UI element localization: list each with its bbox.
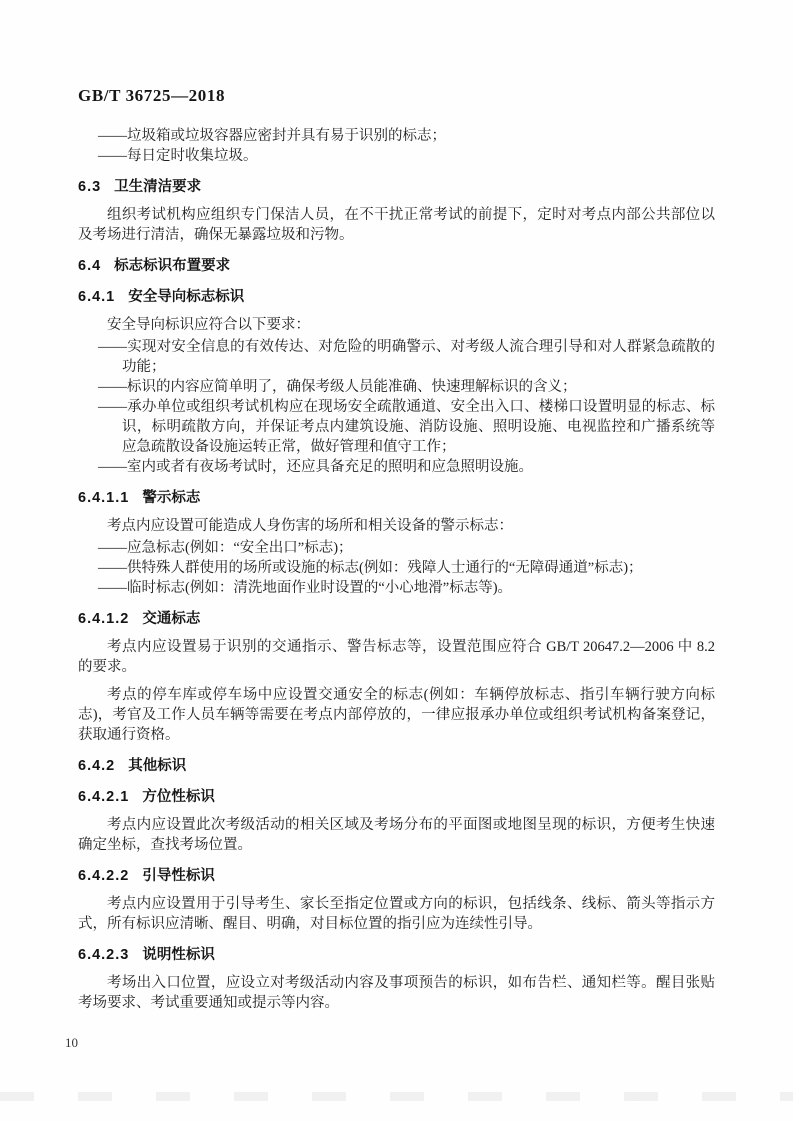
- section-title: 警示标志: [142, 490, 200, 506]
- section-heading-6-4-2-1: 6.4.2.1方位性标识: [78, 787, 715, 807]
- document-page: GB/T 36725—2018 ——垃圾箱或垃圾容器应密封并具有易于识别的标志；…: [0, 0, 793, 1122]
- section-number: 6.3: [78, 179, 101, 195]
- list-item: ——应急标志(例如：“安全出口”标志)；: [78, 538, 715, 558]
- section-heading-6-4-1-1: 6.4.1.1警示标志: [78, 488, 715, 508]
- section-heading-6-4-2-2: 6.4.2.2引导性标识: [78, 866, 715, 886]
- section-title: 引导性标识: [142, 868, 215, 884]
- section-number: 6.4.2: [78, 758, 115, 774]
- section-title: 交通标志: [142, 611, 200, 627]
- section-number: 6.4.1: [78, 289, 115, 305]
- section-number: 6.4: [78, 258, 101, 274]
- section-heading-6-4-1: 6.4.1安全导向标志标识: [78, 287, 715, 307]
- section-title: 说明性标识: [142, 947, 215, 963]
- paragraph: 组织考试机构应组织专门保洁人员，在不干扰正常考试的前提下，定时对考点内部公共部位…: [78, 205, 715, 245]
- list-item: ——临时标志(例如：清洗地面作业时设置的“小心地滑”标志等)。: [78, 578, 715, 598]
- paragraph: 考点的停车库或停车场中应设置交通安全的标志(例如：车辆停放标志、指引车辆行驶方向…: [78, 685, 715, 745]
- page-number: 10: [65, 1035, 715, 1051]
- list-item: ——承办单位或组织考试机构应在现场安全疏散通道、安全出入口、楼梯口设置明显的标志…: [78, 397, 715, 457]
- section-title: 方位性标识: [142, 789, 215, 805]
- section-number: 6.4.1.2: [78, 611, 129, 627]
- section-title: 卫生清洁要求: [114, 179, 201, 195]
- standard-number-header: GB/T 36725—2018: [78, 86, 715, 106]
- paragraph: 安全导向标识应符合以下要求：: [78, 315, 715, 335]
- paragraph: 考点内应设置用于引导考生、家长至指定位置或方向的标识，包括线条、线标、箭头等指示…: [78, 894, 715, 934]
- list-item: ——每日定时收集垃圾。: [78, 146, 715, 166]
- scan-artifact-band: [0, 1092, 793, 1101]
- list-item: ——垃圾箱或垃圾容器应密封并具有易于识别的标志；: [78, 126, 715, 146]
- section-heading-6-4-1-2: 6.4.1.2交通标志: [78, 609, 715, 629]
- paragraph: 考点内应设置此次考级活动的相关区域及考场分布的平面图或地图呈现的标识，方便考生快…: [78, 815, 715, 855]
- list-item: ——室内或者有夜场考试时，还应具备充足的照明和应急照明设施。: [78, 457, 715, 477]
- section-title: 其他标识: [128, 758, 186, 774]
- section-heading-6-4: 6.4标志标识布置要求: [78, 256, 715, 276]
- dash-list-safety-guidance: ——实现对安全信息的有效传达、对危险的明确警示、对考级人流合理引导和对人群紧急疏…: [78, 337, 715, 477]
- section-number: 6.4.2.1: [78, 789, 129, 805]
- list-item: ——标识的内容应简单明了，确保考级人员能准确、快速理解标识的含义；: [78, 377, 715, 397]
- section-heading-6-3: 6.3卫生清洁要求: [78, 177, 715, 197]
- paragraph: 考场出入口位置，应设立对考级活动内容及事项预告的标识，如布告栏、通知栏等。醒目张…: [78, 973, 715, 1013]
- section-number: 6.4.2.3: [78, 947, 129, 963]
- section-number: 6.4.1.1: [78, 490, 129, 506]
- paragraph: 考点内应设置易于识别的交通指示、警告标志等，设置范围应符合 GB/T 20647…: [78, 637, 715, 677]
- dash-list-garbage: ——垃圾箱或垃圾容器应密封并具有易于识别的标志； ——每日定时收集垃圾。: [78, 126, 715, 166]
- dash-list-warning-signs: ——应急标志(例如：“安全出口”标志)； ——供特殊人群使用的场所或设施的标志(…: [78, 538, 715, 598]
- section-title: 标志标识布置要求: [114, 258, 230, 274]
- section-heading-6-4-2: 6.4.2其他标识: [78, 756, 715, 776]
- paragraph: 考点内应设置可能造成人身伤害的场所和相关设备的警示标志：: [78, 516, 715, 536]
- list-item: ——供特殊人群使用的场所或设施的标志(例如：残障人士通行的“无障碍通道”标志)；: [78, 558, 715, 578]
- list-item: ——实现对安全信息的有效传达、对危险的明确警示、对考级人流合理引导和对人群紧急疏…: [78, 337, 715, 377]
- section-heading-6-4-2-3: 6.4.2.3说明性标识: [78, 945, 715, 965]
- section-number: 6.4.2.2: [78, 868, 129, 884]
- section-title: 安全导向标志标识: [128, 289, 244, 305]
